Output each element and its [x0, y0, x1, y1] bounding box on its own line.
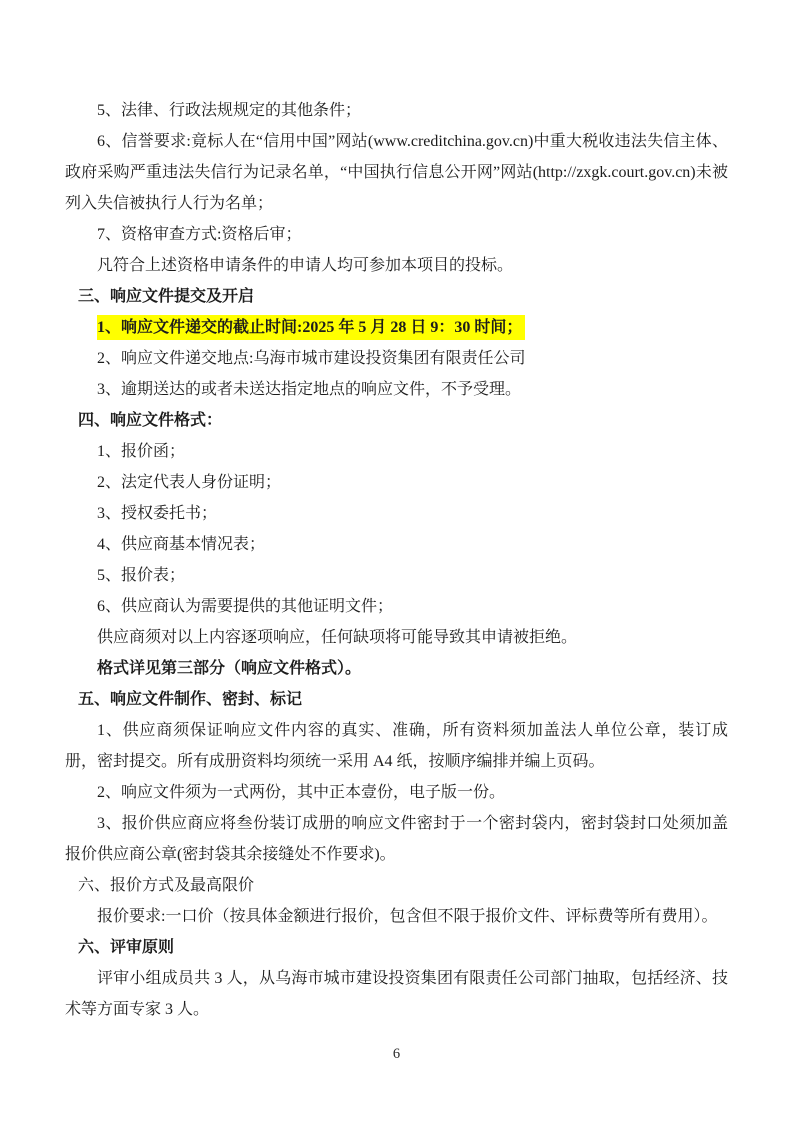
paragraph-evaluation-panel: 评审小组成员共 3 人，从乌海市城市建设投资集团有限责任公司部门抽取，包括经济、…: [65, 963, 728, 1025]
paragraph-credit-requirement: 6、信誉要求:竟标人在“信用中国”网站(www.creditchina.gov.…: [65, 126, 728, 219]
page-number: 6: [65, 1039, 728, 1070]
section-heading-3-submission-and-opening: 三、响应文件提交及开启: [65, 281, 728, 312]
paragraph-submission-deadline: 1、响应文件递交的截止时间:2025 年 5 月 28 日 9：30 时间；: [65, 312, 728, 343]
list-item-quotation-form: 5、报价表；: [65, 560, 728, 591]
document-page: 5、法律、行政法规规定的其他条件； 6、信誉要求:竟标人在“信用中国”网站(ww…: [0, 0, 793, 1122]
list-item-legal-rep-id: 2、法定代表人身份证明；: [65, 467, 728, 498]
paragraph-sealing-rule-2: 2、响应文件须为一式两份，其中正本壹份，电子版一份。: [65, 777, 728, 808]
section-heading-4-response-format: 四、响应文件格式：: [65, 405, 728, 436]
highlight-deadline: 1、响应文件递交的截止时间:2025 年 5 月 28 日 9：30 时间；: [97, 315, 525, 340]
list-item-quotation-letter: 1、报价函；: [65, 436, 728, 467]
paragraph-late-delivery-rule: 3、逾期送达的或者未送达指定地点的响应文件，不予受理。: [65, 374, 728, 405]
paragraph-sealing-rule-1: 1、供应商须保证响应文件内容的真实、准确，所有资料须加盖法人单位公章，装订成册，…: [65, 715, 728, 777]
paragraph-response-completeness-note: 供应商须对以上内容逐项响应，任何缺项将可能导致其申请被拒绝。: [65, 622, 728, 653]
paragraph-eligibility-note: 凡符合上述资格申请条件的申请人均可参加本项目的投标。: [65, 250, 728, 281]
paragraph-other-conditions: 5、法律、行政法规规定的其他条件；: [65, 95, 728, 126]
list-item-other-certificates: 6、供应商认为需要提供的其他证明文件；: [65, 591, 728, 622]
list-item-supplier-basic-info: 4、供应商基本情况表；: [65, 529, 728, 560]
paragraph-submission-place: 2、响应文件递交地点:乌海市城市建设投资集团有限责任公司: [65, 343, 728, 374]
paragraph-format-reference: 格式详见第三部分（响应文件格式）。: [65, 653, 728, 684]
paragraph-pricing-requirement: 报价要求:一口价（按具体金额进行报价，包含但不限于报价文件、评标费等所有费用）。: [65, 901, 728, 932]
list-item-power-of-attorney: 3、授权委托书；: [65, 498, 728, 529]
section-heading-6-pricing-and-price-limit: 六、报价方式及最高限价: [65, 870, 728, 901]
paragraph-qualification-review-method: 7、资格审查方式:资格后审；: [65, 219, 728, 250]
paragraph-sealing-rule-3: 3、报价供应商应将叁份装订成册的响应文件密封于一个密封袋内，密封袋封口处须加盖报…: [65, 808, 728, 870]
section-heading-5-production-sealing-marking: 五、响应文件制作、密封、标记: [65, 684, 728, 715]
section-heading-6-evaluation-principles: 六、评审原则: [65, 932, 728, 963]
